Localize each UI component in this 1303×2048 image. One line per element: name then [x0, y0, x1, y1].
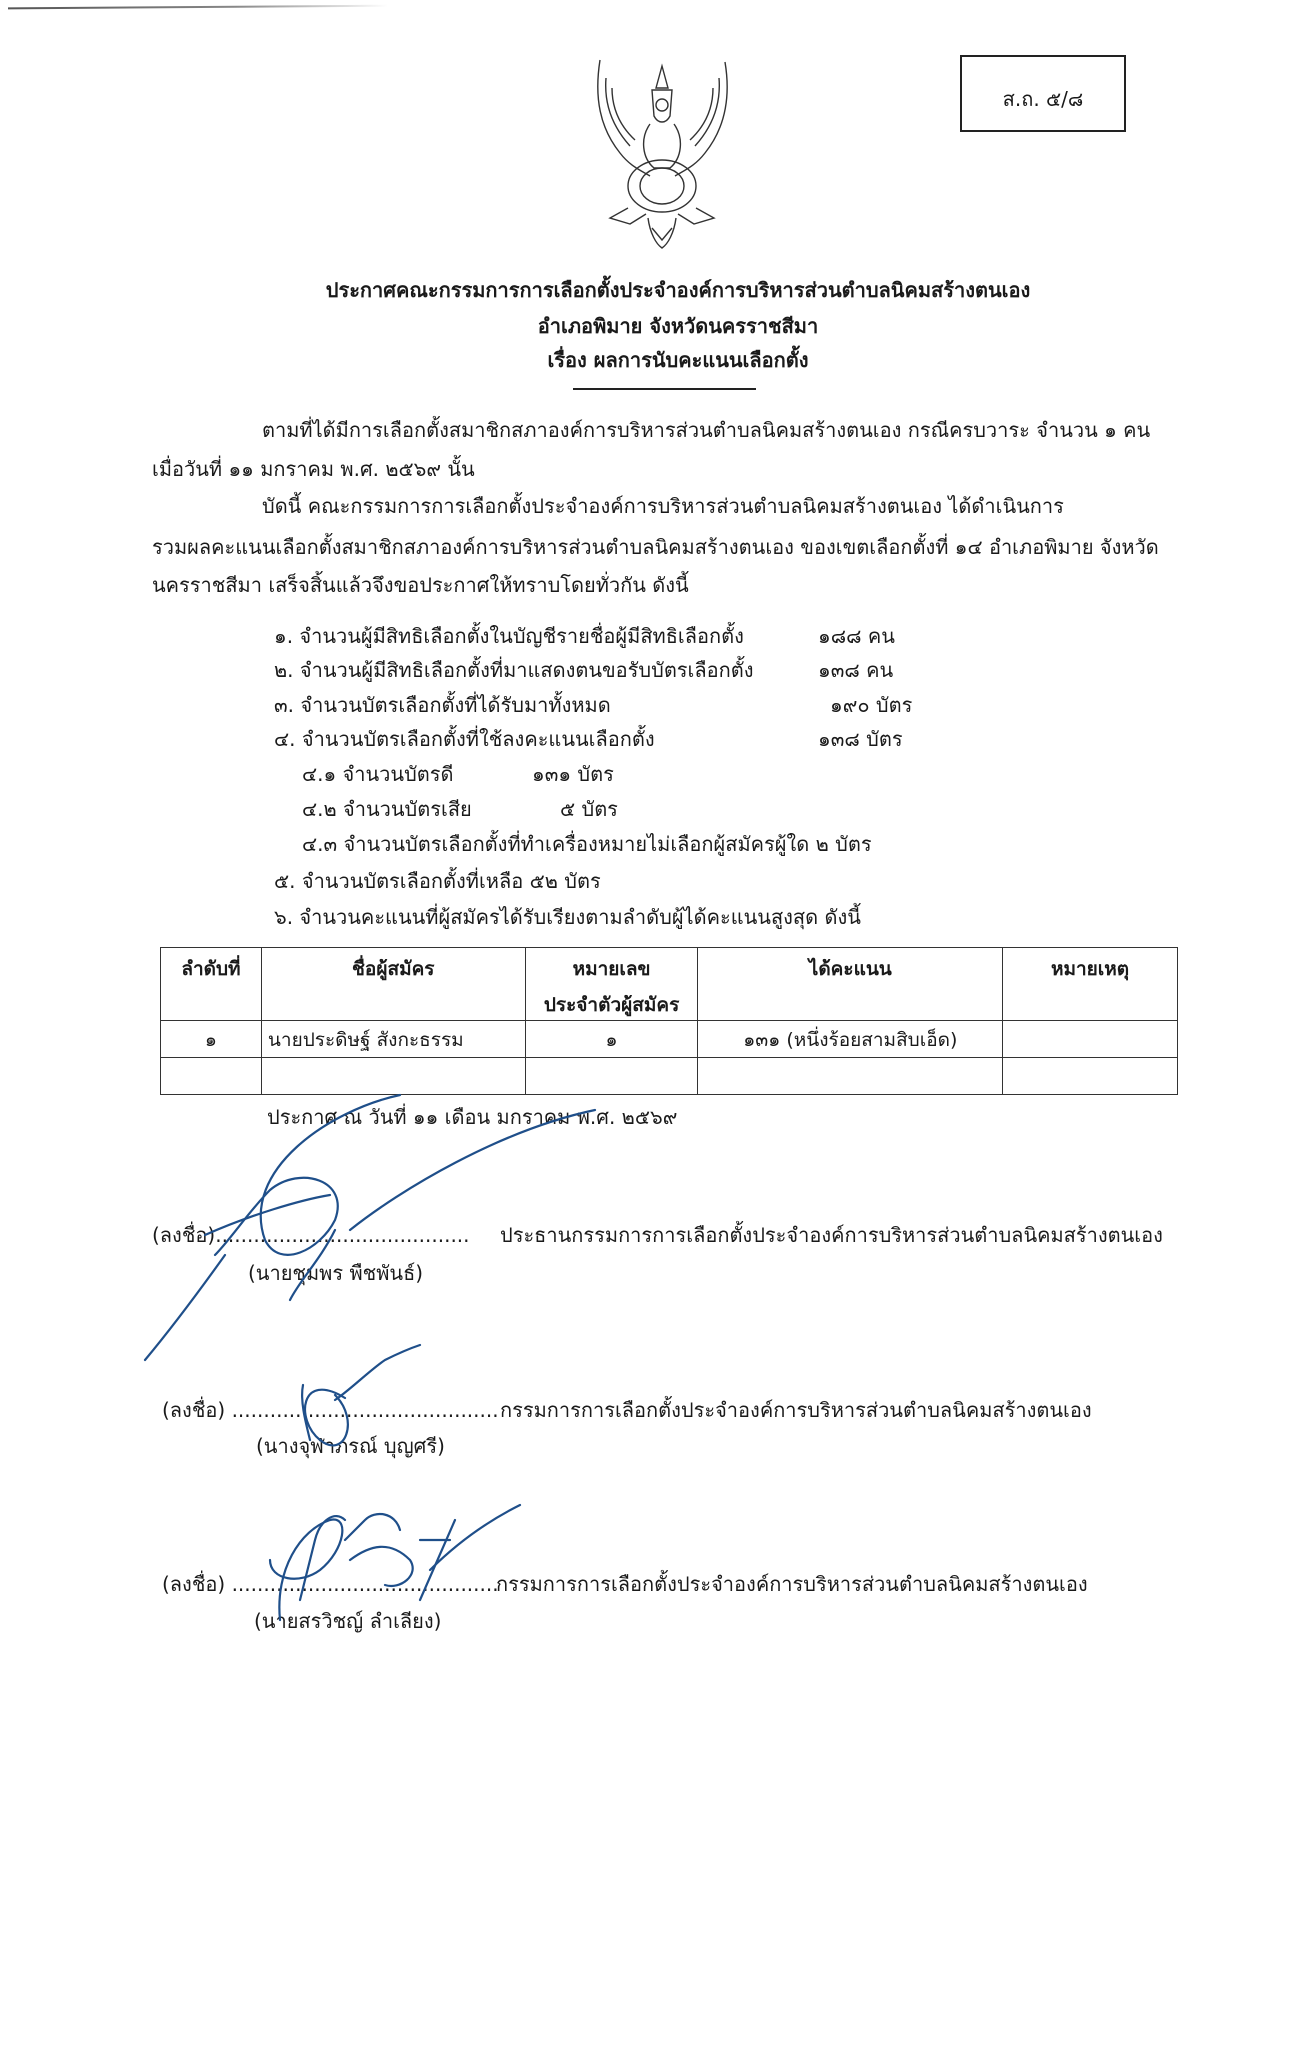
handwritten-signatures-icon [0, 0, 1303, 2048]
